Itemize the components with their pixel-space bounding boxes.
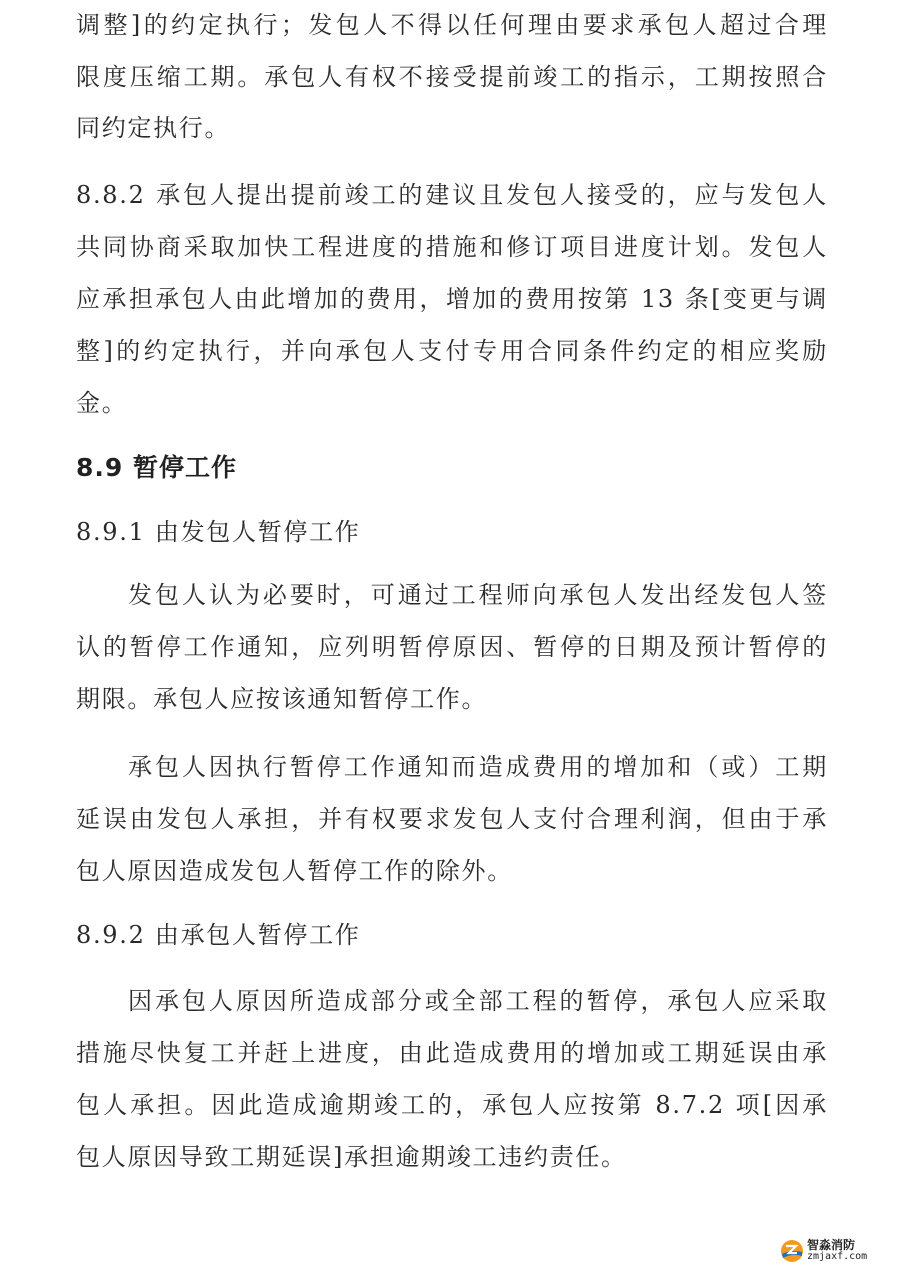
- document-page: 调整]的约定执行；发包人不得以任何理由要求承包人超过合理 限度压缩工期。承包人有…: [0, 0, 899, 1274]
- text-line: 限度压缩工期。承包人有权不接受提前竣工的指示，工期按照合: [76, 62, 828, 92]
- flame-z-logo-icon: [780, 1239, 804, 1263]
- clause-8-8-2-line: 8.8.2 承包人提出提前竣工的建议且发包人接受的，应与发包人: [76, 180, 828, 210]
- clause-8-9-1-line: 延误由发包人承担，并有权要求发包人支付合理利润，但由于承: [76, 804, 828, 834]
- clause-8-9-1-line: 发包人认为必要时，可通过工程师向承包人发出经发包人签: [128, 580, 828, 610]
- watermark-url: zmjaxf.com: [807, 1251, 867, 1263]
- watermark: 智淼消防 zmjaxf.com: [780, 1236, 890, 1266]
- clause-8-9-2-line: 措施尽快复工并赶上进度，由此造成费用的增加或工期延误由承: [76, 1038, 828, 1068]
- clause-8-8-2-line: 整]的约定执行，并向承包人支付专用合同条件约定的相应奖励: [76, 336, 828, 366]
- clause-8-9-1-line: 期限。承包人应按该通知暂停工作。: [76, 684, 828, 714]
- clause-8-9-1-line: 认的暂停工作通知，应列明暂停原因、暂停的日期及预计暂停的: [76, 632, 828, 662]
- clause-heading-8-9-1: 8.9.1 由发包人暂停工作: [76, 517, 361, 547]
- clause-8-8-2-line: 共同协商采取加快工程进度的措施和修订项目进度计划。发包人: [76, 232, 828, 262]
- section-heading-8-9: 8.9 暂停工作: [76, 453, 237, 483]
- clause-8-9-2-line: 包人承担。因此造成逾期竣工的，承包人应按第 8.7.2 项[因承: [76, 1090, 828, 1120]
- clause-8-9-1-line: 包人原因造成发包人暂停工作的除外。: [76, 856, 828, 886]
- text-line: 同约定执行。: [76, 113, 828, 143]
- text-line: 调整]的约定执行；发包人不得以任何理由要求承包人超过合理: [76, 10, 828, 40]
- clause-8-9-2-line: 因承包人原因所造成部分或全部工程的暂停，承包人应采取: [128, 986, 828, 1016]
- clause-8-9-1-line: 承包人因执行暂停工作通知而造成费用的增加和（或）工期: [128, 752, 828, 782]
- clause-8-8-2-line: 金。: [76, 388, 828, 418]
- watermark-name: 智淼消防: [807, 1239, 867, 1251]
- clause-8-8-2-line: 应承担承包人由此增加的费用，增加的费用按第 13 条[变更与调: [76, 284, 828, 314]
- clause-heading-8-9-2: 8.9.2 由承包人暂停工作: [76, 920, 361, 950]
- clause-8-9-2-line: 包人原因导致工期延误]承担逾期竣工违约责任。: [76, 1142, 828, 1172]
